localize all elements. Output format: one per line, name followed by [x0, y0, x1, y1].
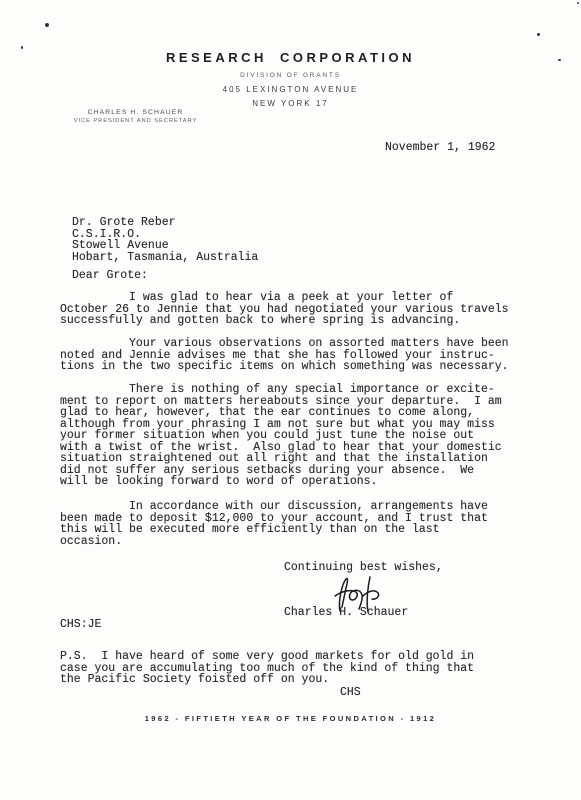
street-address: 405 LEXINGTON AVENUE	[0, 85, 581, 94]
body-paragraph-1: I was glad to hear via a peek at your le…	[60, 292, 509, 327]
scan-speck	[577, 2, 579, 4]
scan-speck	[21, 46, 23, 49]
letterhead: RESEARCH CORPORATION DIVISION OF GRANTS …	[0, 50, 581, 108]
date-line: November 1, 1962	[385, 142, 495, 154]
anniversary-footer: 1962 - FIFTIETH YEAR OF THE FOUNDATION -…	[0, 714, 581, 723]
officer-block: CHARLES H. SCHAUER VICE PRESIDENT AND SE…	[48, 109, 223, 124]
division-line: DIVISION OF GRANTS	[0, 72, 581, 79]
postscript: P.S. I have heard of some very good mark…	[60, 651, 474, 686]
officer-name: CHARLES H. SCHAUER	[48, 109, 223, 116]
signature-name: Charles H. Schauer	[284, 607, 408, 619]
company-name: RESEARCH CORPORATION	[0, 50, 581, 65]
scanned-letter-page: RESEARCH CORPORATION DIVISION OF GRANTS …	[0, 0, 581, 800]
body-paragraph-3: There is nothing of any special importan…	[60, 384, 502, 488]
scan-speck	[45, 23, 49, 27]
city-line: NEW YORK 17	[0, 99, 581, 108]
postscript-initials: CHS	[340, 687, 361, 699]
typist-reference: CHS:JE	[60, 619, 101, 631]
scan-speck	[537, 33, 540, 36]
valediction: Continuing best wishes,	[284, 562, 443, 574]
recipient-address: Dr. Grote Reber C.S.I.R.O. Stowell Avenu…	[72, 217, 258, 263]
body-paragraph-2: Your various observations on assorted ma…	[60, 338, 509, 373]
body-paragraph-4: In accordance with our discussion, arran…	[60, 501, 488, 547]
salutation: Dear Grote:	[72, 270, 148, 282]
officer-title: VICE PRESIDENT AND SECRETARY	[48, 118, 223, 124]
